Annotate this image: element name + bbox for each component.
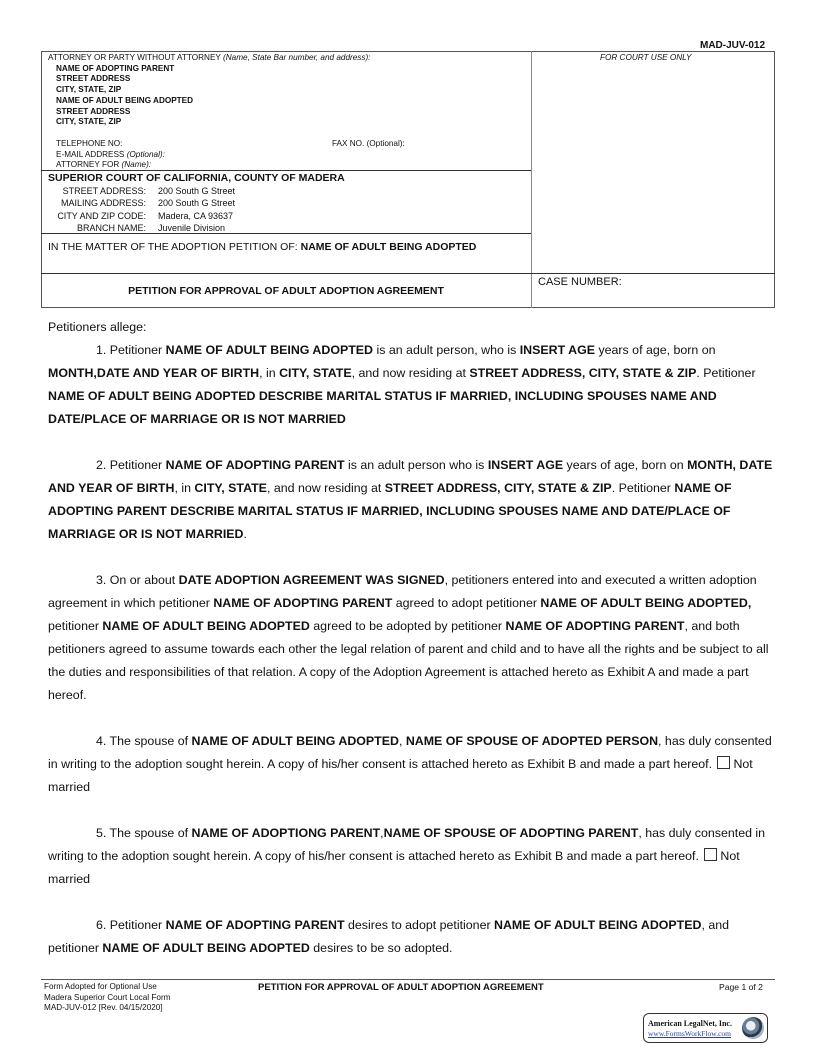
court-row-mailing: MAILING ADDRESS:200 South G Street — [48, 197, 235, 209]
page-number: Page 1 of 2 — [719, 982, 763, 992]
telephone-label: TELEPHONE NO: — [48, 139, 370, 150]
paragraph-6: 6. Petitioner NAME OF ADOPTING PARENT de… — [48, 914, 778, 960]
email-label: E-MAIL ADDRESS (Optional): — [48, 150, 370, 161]
not-married-checkbox-1[interactable] — [717, 756, 730, 769]
paragraph-5: 5. The spouse of NAME OF ADOPTIONG PAREN… — [48, 822, 778, 891]
paragraph-4: 4. The spouse of NAME OF ADULT BEING ADO… — [48, 730, 778, 799]
footer-form-info: Form Adopted for Optional Use Madera Sup… — [44, 982, 171, 1014]
attorney-line[interactable]: CITY, STATE, ZIP — [48, 85, 370, 96]
paragraph-1: 1. Petitioner NAME OF ADULT BEING ADOPTE… — [48, 339, 778, 431]
court-name: SUPERIOR COURT OF CALIFORNIA, COUNTY OF … — [48, 172, 345, 184]
attorney-line[interactable]: STREET ADDRESS — [48, 107, 370, 118]
paragraph-3: 3. On or about DATE ADOPTION AGREEMENT W… — [48, 569, 778, 707]
not-married-checkbox-2[interactable] — [704, 848, 717, 861]
attorney-line[interactable]: CITY, STATE, ZIP — [48, 117, 370, 128]
attorney-line[interactable]: NAME OF ADOPTING PARENT — [48, 64, 370, 75]
attorney-label: ATTORNEY OR PARTY WITHOUT ATTORNEY (Name… — [48, 53, 370, 64]
logo-url-link[interactable]: www.FormsWorkFlow.com — [648, 1029, 731, 1038]
form-id: MAD-JUV-012 — [700, 40, 765, 51]
matter-caption: IN THE MATTER OF THE ADOPTION PETITION O… — [48, 240, 518, 254]
court-row-city: CITY AND ZIP CODE:Madera, CA 93637 — [48, 210, 235, 222]
court-use-label: FOR COURT USE ONLY — [600, 53, 691, 62]
american-legalnet-logo[interactable]: American LegalNet, Inc. www.FormsWorkFlo… — [643, 1013, 768, 1043]
logo-company: American LegalNet, Inc. — [648, 1019, 732, 1028]
matter-name[interactable]: NAME OF ADULT BEING ADOPTED — [301, 241, 477, 253]
fax-label: FAX NO. (Optional): — [332, 139, 405, 148]
divider-title — [41, 273, 775, 274]
intro: Petitioners allege: — [48, 316, 778, 339]
attorney-line[interactable]: STREET ADDRESS — [48, 74, 370, 85]
attorney-line[interactable]: NAME OF ADULT BEING ADOPTED — [48, 96, 370, 107]
paragraph-2: 2. Petitioner NAME OF ADOPTING PARENT is… — [48, 454, 778, 546]
document-title: PETITION FOR APPROVAL OF ADULT ADOPTION … — [41, 285, 531, 297]
globe-icon — [742, 1017, 764, 1039]
petition-body: Petitioners allege: 1. Petitioner NAME O… — [48, 316, 778, 983]
attorney-section: ATTORNEY OR PARTY WITHOUT ATTORNEY (Name… — [48, 53, 370, 171]
court-row-branch: BRANCH NAME:Juvenile Division — [48, 222, 235, 234]
footer-divider — [41, 979, 775, 980]
case-number-label: CASE NUMBER: — [538, 276, 622, 288]
court-row-street: STREET ADDRESS:200 South G Street — [48, 185, 235, 197]
attorney-for-label: ATTORNEY FOR (Name): — [48, 160, 370, 171]
footer-title: PETITION FOR APPROVAL OF ADULT ADOPTION … — [258, 982, 544, 993]
court-address-block: STREET ADDRESS:200 South G Street MAILIN… — [48, 185, 235, 234]
caption-vertical-divider — [531, 51, 532, 308]
